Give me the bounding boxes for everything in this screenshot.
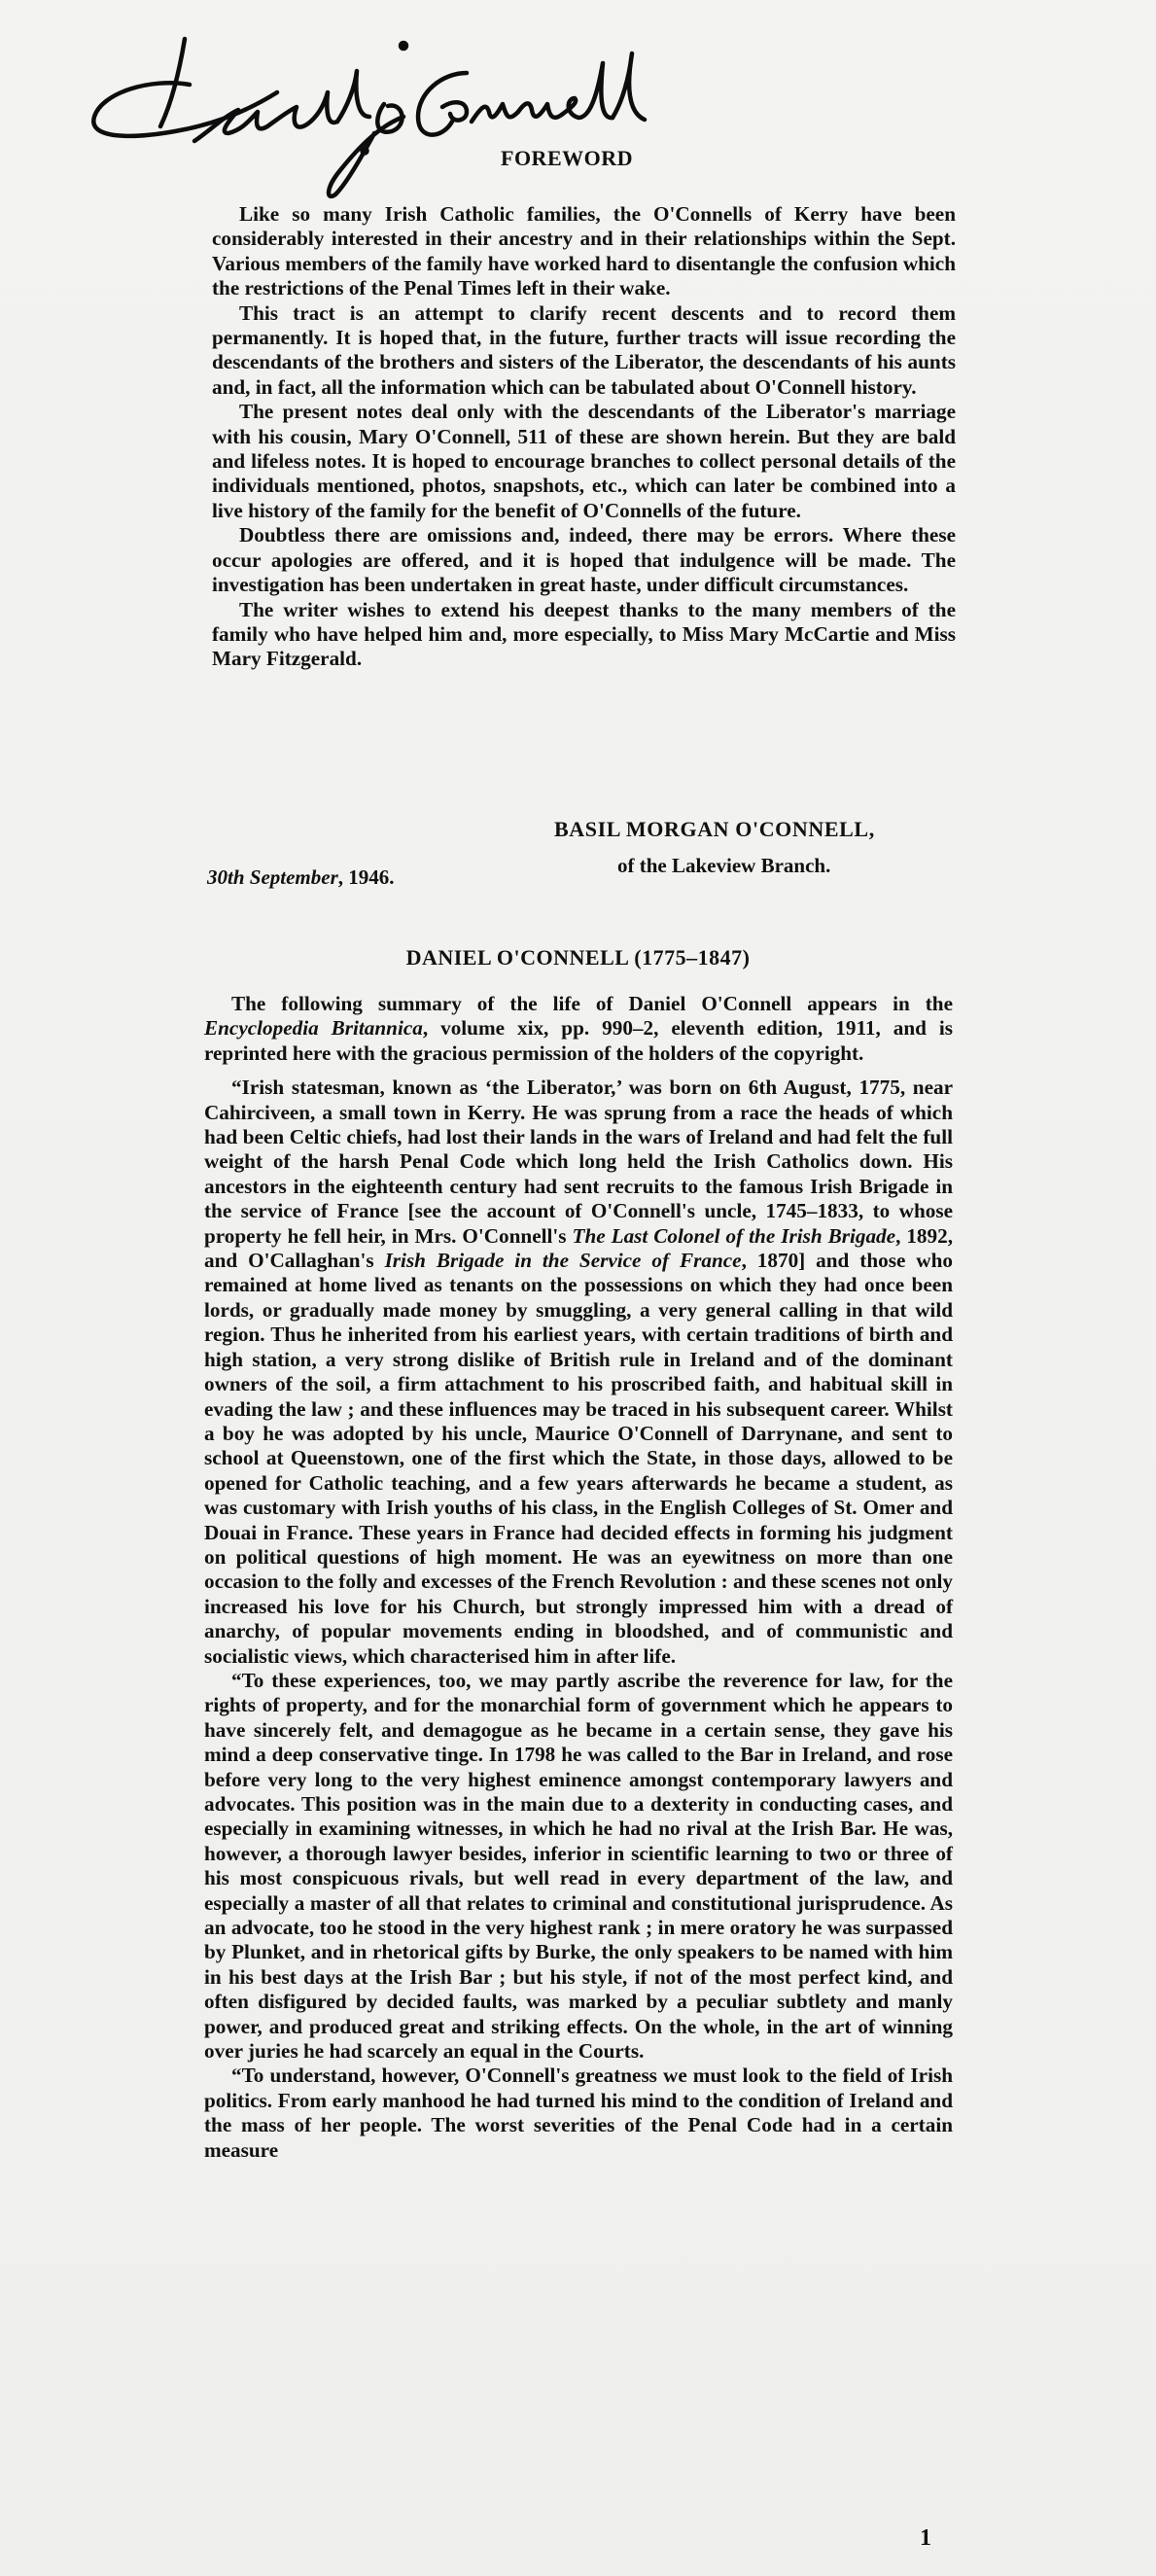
foreword-body: Like so many Irish Catholic families, th…: [212, 202, 956, 672]
foreword-title: FOREWORD: [501, 146, 633, 171]
page-number: 1: [920, 2525, 931, 2552]
author-name: BASIL MORGAN O'CONNELL,: [554, 817, 875, 842]
intro-text: The following summary of the life of Dan…: [231, 992, 953, 1015]
biography-title: DANIEL O'CONNELL (1775–1847): [0, 945, 1156, 970]
biography-paragraph: “Irish statesman, known as ‘the Liberato…: [204, 1076, 953, 1669]
source-title: Encyclopedia Britannica: [204, 1016, 423, 1040]
biography-body: The following summary of the life of Dan…: [204, 992, 953, 2163]
date-year: , 1946.: [338, 865, 395, 889]
document-page: FOREWORD Like so many Irish Catholic fam…: [0, 0, 1156, 2576]
date-day: 30th September: [207, 865, 338, 889]
foreword-paragraph: Doubtless there are omissions and, indee…: [212, 523, 956, 597]
paragraph-text: “Irish statesman, known as ‘the Liberato…: [204, 1076, 953, 1247]
foreword-paragraph: The present notes deal only with the des…: [212, 400, 956, 523]
foreword-date: 30th September, 1946.: [207, 865, 395, 890]
biography-paragraph: “To understand, however, O'Connell's gre…: [204, 2064, 953, 2163]
book-title: The Last Colonel of the Irish Brigade: [573, 1224, 896, 1248]
author-branch: of the Lakeview Branch.: [617, 854, 830, 878]
book-title: Irish Brigade in the Service of France: [385, 1249, 742, 1272]
foreword-paragraph: This tract is an attempt to clarify rece…: [212, 301, 956, 401]
biography-intro: The following summary of the life of Dan…: [204, 992, 953, 1066]
paragraph-text: , 1870] and those who remained at home l…: [204, 1249, 953, 1668]
foreword-paragraph: The writer wishes to extend his deepest …: [212, 598, 956, 672]
signature-icon: [83, 24, 860, 209]
foreword-paragraph: Like so many Irish Catholic families, th…: [212, 202, 956, 301]
biography-paragraph: “To these experiences, too, we may partl…: [204, 1669, 953, 2064]
